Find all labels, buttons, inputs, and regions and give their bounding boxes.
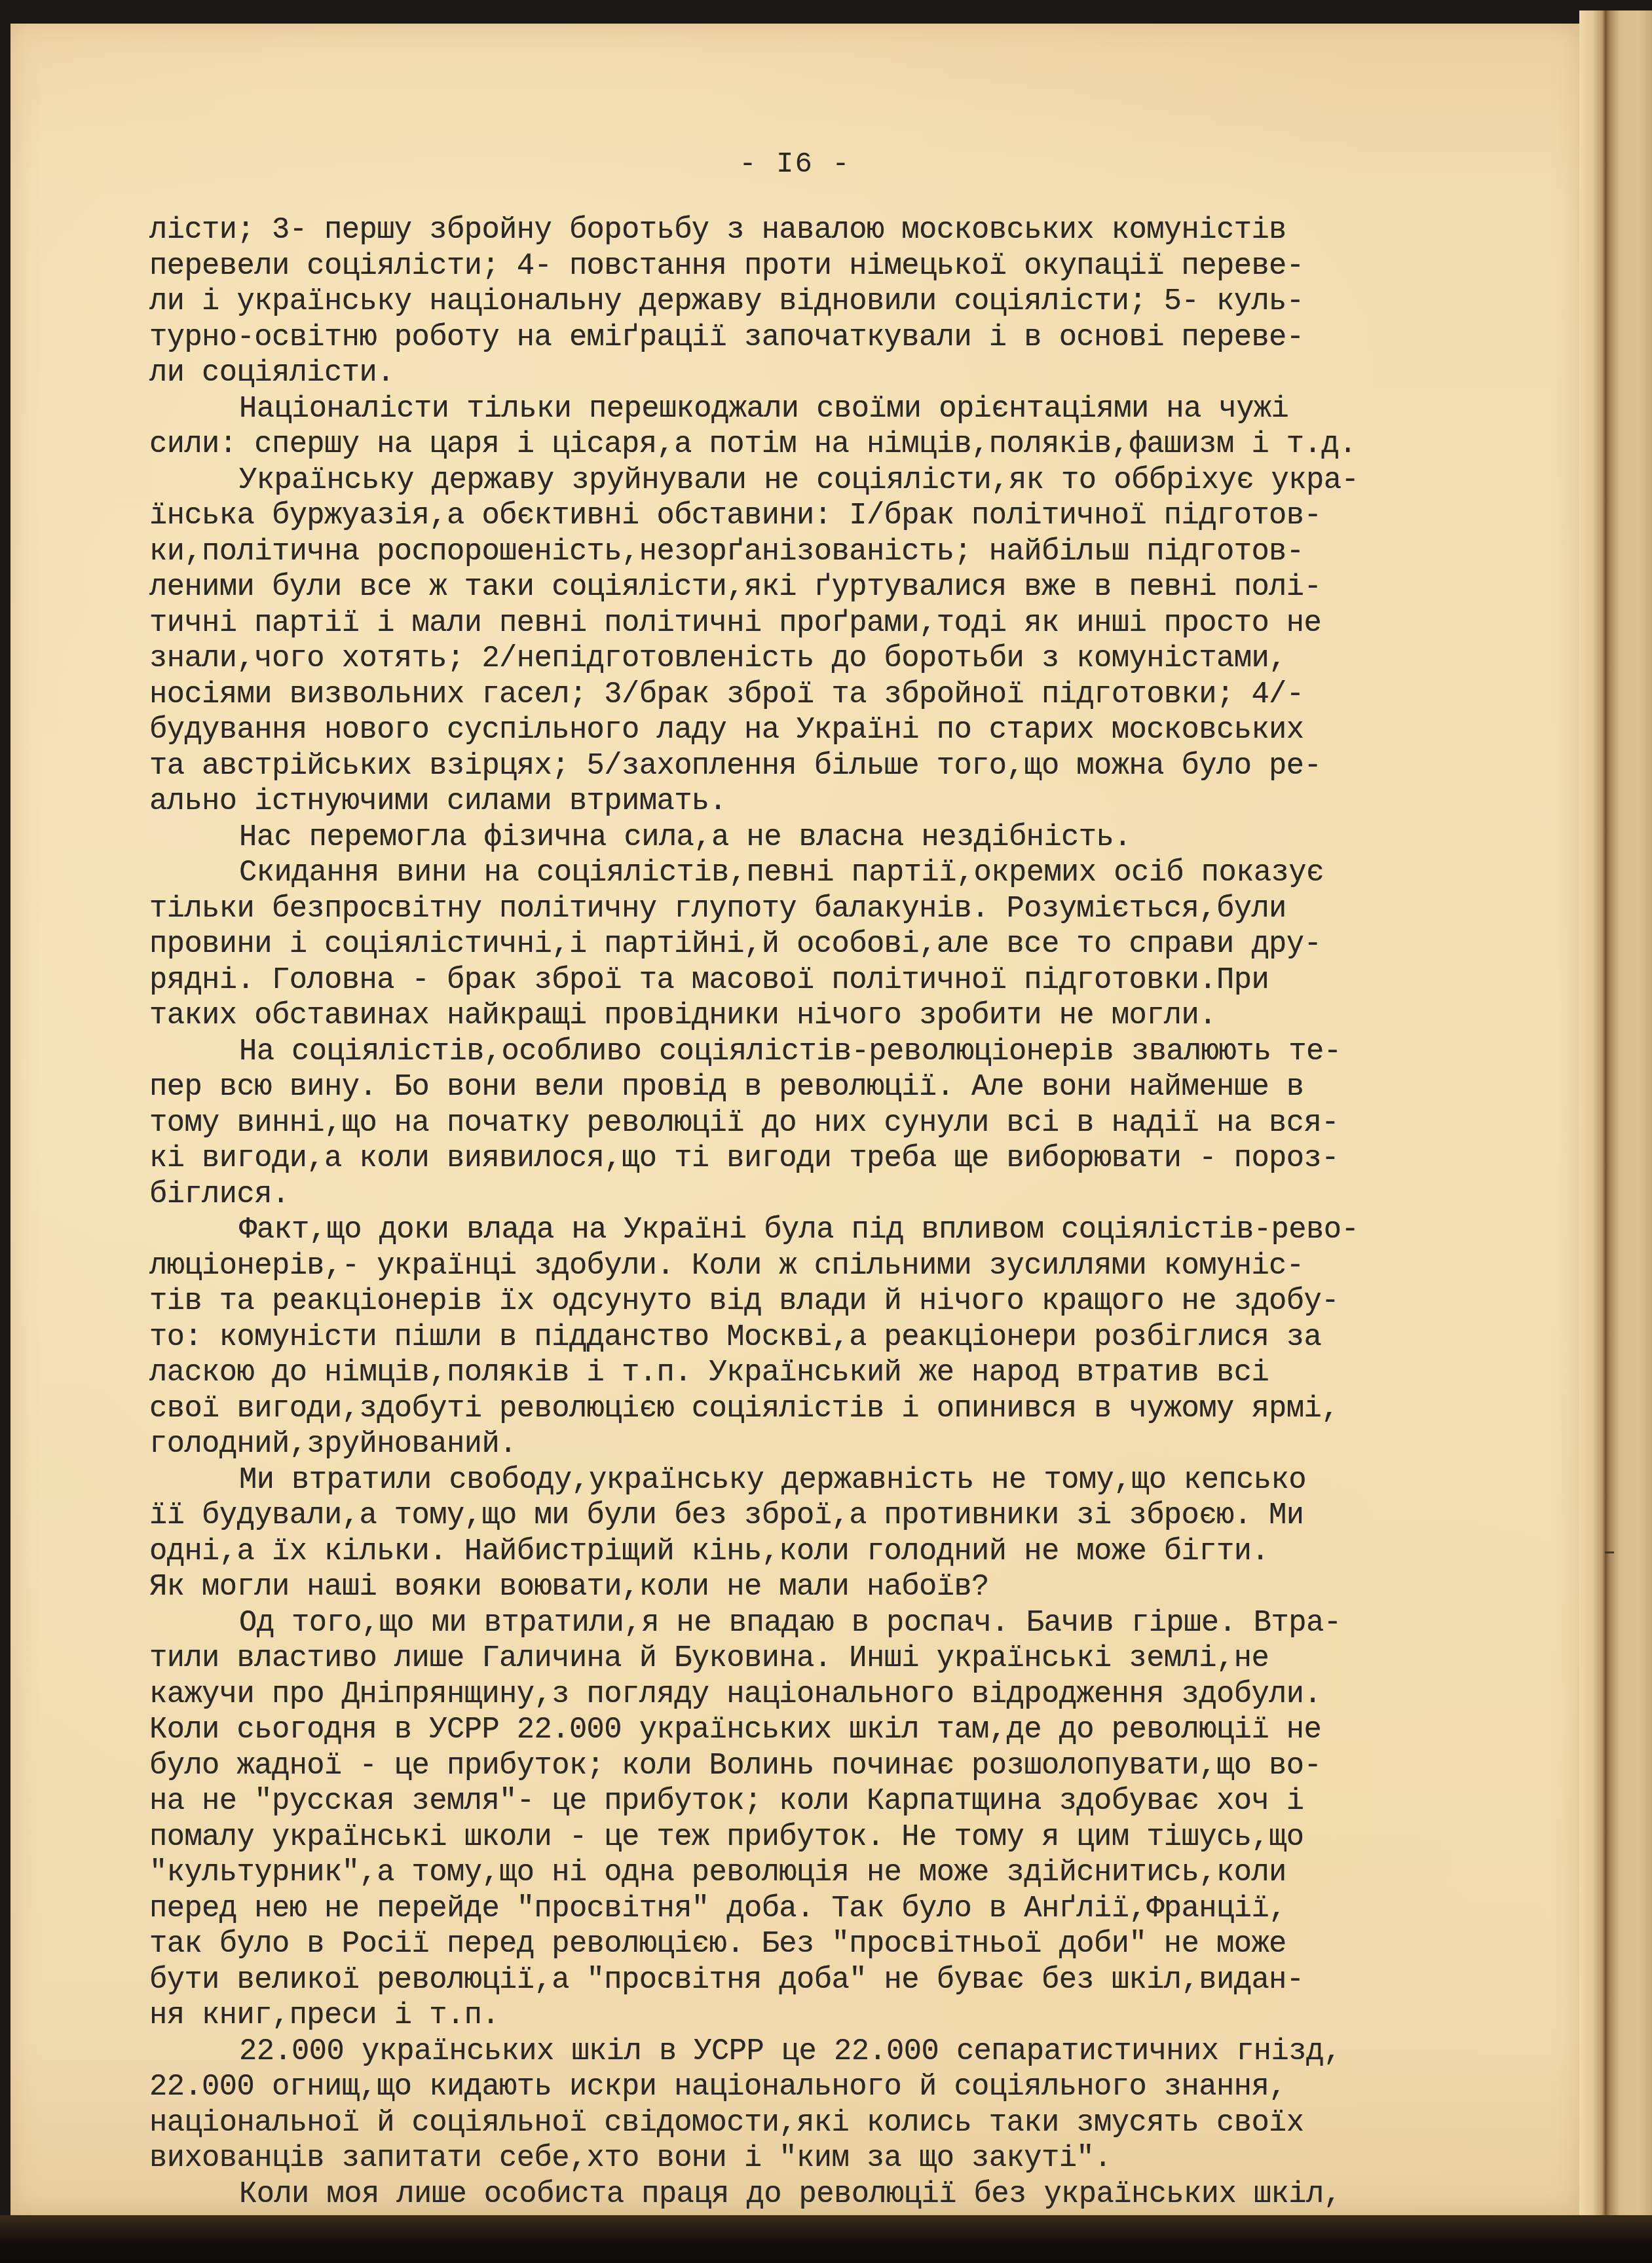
- text-line: люціонерів,- українці здобули. Коли ж сп…: [149, 1248, 1518, 1284]
- text-line: ня книг,преси і т.п.: [149, 1998, 1518, 2034]
- text-line: кі вигоди,а коли виявилося,що ті вигоди …: [149, 1141, 1518, 1177]
- text-line: Націоналісти тільки перешкоджали своїми …: [149, 391, 1518, 427]
- text-line: Ми втратили свободу,українську державніс…: [149, 1462, 1518, 1498]
- text-line: голодний,зруйнований.: [149, 1426, 1518, 1462]
- next-page-edge: [1606, 10, 1652, 2225]
- page-number: - I6 -: [10, 148, 1579, 181]
- text-line: ли і українську національну державу відн…: [149, 284, 1518, 320]
- text-line: тів та реакціонерів їх одсунуто від влад…: [149, 1284, 1518, 1320]
- typewritten-text-body: лісти; 3- першу збройну боротьбу з навал…: [149, 212, 1518, 2248]
- text-line: Од того,що ми втратили,я не впадаю в рос…: [149, 1605, 1518, 1641]
- text-line: та австрійських взірцях; 5/захоплення бі…: [149, 748, 1518, 784]
- text-line: свої вигоди,здобуті революцією соціяліст…: [149, 1391, 1518, 1427]
- text-line: Як могли наші вояки воювати,коли не мали…: [149, 1569, 1518, 1605]
- text-line: турно-освітню роботу на еміґрації започа…: [149, 320, 1518, 356]
- text-line: тільки безпросвітну політичну глупоту ба…: [149, 891, 1518, 927]
- text-line: лісти; 3- першу збройну боротьбу з навал…: [149, 212, 1518, 248]
- text-line: одні,а їх кільки. Найбистріщий кінь,коли…: [149, 1534, 1518, 1570]
- text-line: кажучи про Дніпрянщину,з погляду націона…: [149, 1677, 1518, 1713]
- text-line: сили: спершу на царя і цісаря,а потім на…: [149, 427, 1518, 463]
- text-line: На соціялістів,особливо соціялістів-рево…: [149, 1034, 1518, 1070]
- text-line: "культурник",а тому,що ні одна революція…: [149, 1855, 1518, 1891]
- text-line: леними були все ж таки соціялісти,які ґу…: [149, 569, 1518, 605]
- text-line: перевели соціялісти; 4- повстання проти …: [149, 248, 1518, 284]
- text-line: бути великої революції,а "просвітня доба…: [149, 1962, 1518, 1998]
- edge-tick-mark: [1605, 1551, 1614, 1553]
- text-line: 22.000 огнищ,що кидають искри національн…: [149, 2069, 1518, 2105]
- text-line: на не "русская земля"- це прибуток; коли…: [149, 1783, 1518, 1819]
- text-line: перед нею не перейде "просвітня" доба. Т…: [149, 1891, 1518, 1927]
- text-line: то: комуністи пішли в підданство Москві,…: [149, 1320, 1518, 1356]
- text-line: тому винні,що на початку революції до ни…: [149, 1105, 1518, 1141]
- text-line: Коли сьогодня в УСРР 22.000 українських …: [149, 1712, 1518, 1748]
- text-line: рядні. Головна - брак зброї та масової п…: [149, 962, 1518, 998]
- text-line: ли соціялісти.: [149, 355, 1518, 391]
- text-line: було жадної - це прибуток; коли Волинь п…: [149, 1748, 1518, 1784]
- scan-bottom-shadow: [0, 2215, 1652, 2263]
- text-line: ласкою до німців,поляків і т.п. Українсь…: [149, 1355, 1518, 1391]
- text-line: Факт,що доки влада на Україні була під в…: [149, 1212, 1518, 1248]
- text-line: таких обставинах найкращі провідники ніч…: [149, 998, 1518, 1034]
- text-line: тичні партії і мали певні політичні проґ…: [149, 605, 1518, 641]
- text-line: ально істнуючими силами втримать.: [149, 784, 1518, 820]
- text-line: Скидання вини на соціялістів,певні парті…: [149, 855, 1518, 891]
- text-line: пер всю вину. Бо вони вели провід в рево…: [149, 1069, 1518, 1105]
- text-line: Коли моя лише особиста праця до революці…: [149, 2177, 1518, 2213]
- text-line: її будували,а тому,що ми були без зброї,…: [149, 1498, 1518, 1534]
- text-line: знали,чого хотять; 2/непідготовленість д…: [149, 641, 1518, 677]
- text-line: 22.000 українських шкіл в УСРР це 22.000…: [149, 2034, 1518, 2070]
- text-line: помалу українські школи - це теж прибуто…: [149, 1819, 1518, 1855]
- text-line: так було в Росії перед революцією. Без "…: [149, 1926, 1518, 1962]
- text-line: їнська буржуазія,а обєктивні обставини: …: [149, 498, 1518, 534]
- page-fold-edge: [1579, 10, 1606, 2225]
- text-line: носіями визвольних гасел; 3/брак зброї т…: [149, 677, 1518, 713]
- text-line: біглися.: [149, 1177, 1518, 1213]
- text-line: вихованців запитати себе,хто вони і "ким…: [149, 2140, 1518, 2177]
- text-line: національної й соціяльної свідомости,які…: [149, 2105, 1518, 2141]
- text-line: тили властиво лише Галичина й Буковина. …: [149, 1641, 1518, 1677]
- document-page: - I6 - лісти; 3- першу збройну боротьбу …: [10, 24, 1579, 2215]
- text-line: Нас перемогла фізична сила,а не власна н…: [149, 820, 1518, 856]
- text-line: будування нового суспільного ладу на Укр…: [149, 712, 1518, 748]
- text-line: ки,політична роспорошеність,незорґанізов…: [149, 534, 1518, 570]
- text-line: провини і соціялістичні,і партійні,й осо…: [149, 926, 1518, 962]
- text-line: Українську державу зруйнували не соціялі…: [149, 463, 1518, 499]
